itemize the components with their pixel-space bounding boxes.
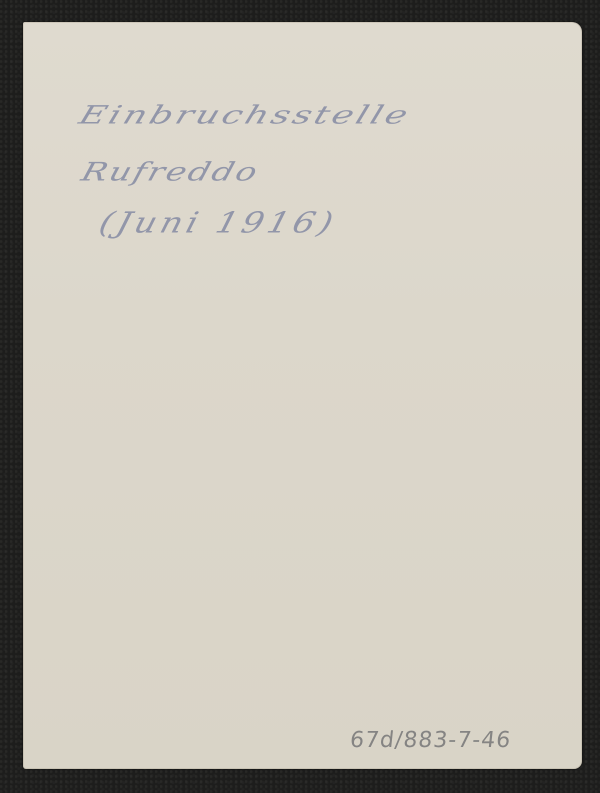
handwritten-place-name: Rufreddo <box>78 157 263 187</box>
handwritten-caption-line-1: Einbruchsstelle <box>75 101 414 130</box>
handwritten-date: (Juni 1916) <box>95 206 340 240</box>
archive-catalog-number: 67d/883-7-46 <box>349 728 513 753</box>
photo-card-back <box>23 22 582 769</box>
